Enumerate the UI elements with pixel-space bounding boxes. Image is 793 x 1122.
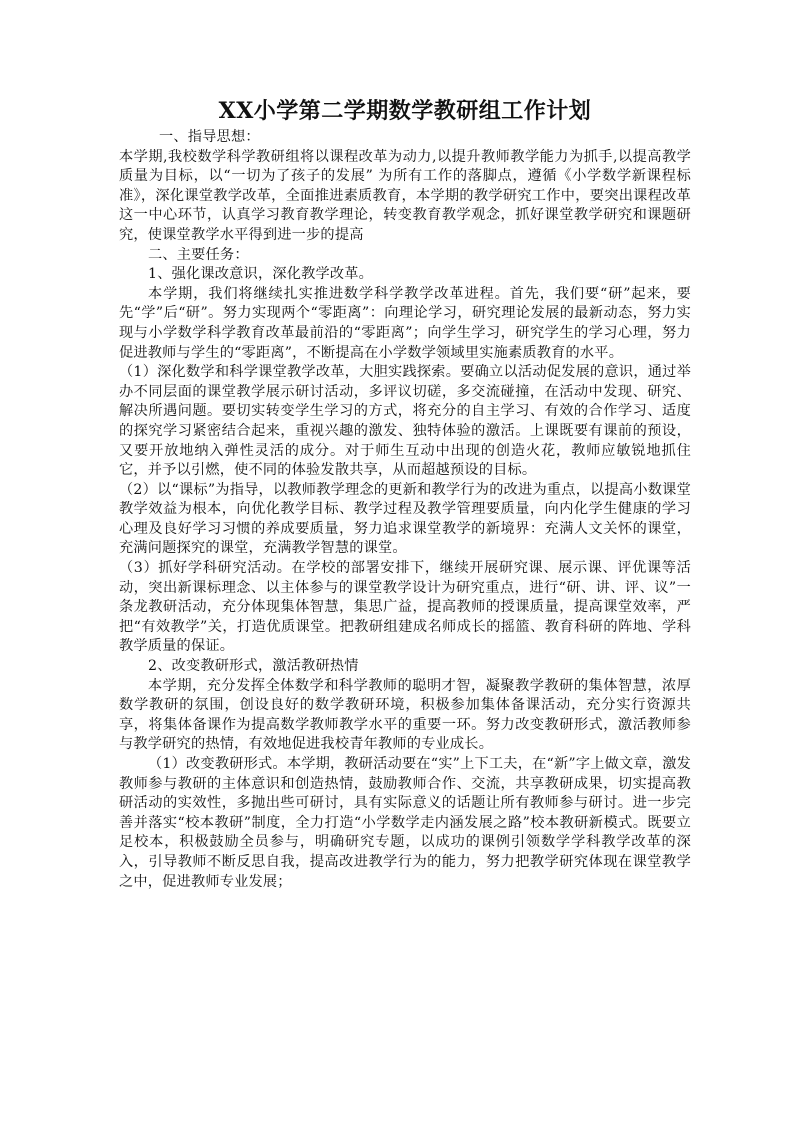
paragraph-task-1-item-1: （1）深化数学和科学课堂教学改革，大胆实践探索。要确立以活动促发展的意识，通过举… [119,363,691,481]
paragraph-task-1-intro: 本学期，我们将继续扎实推进数学科学教学改革进程。首先，我们要“研”起来，要先“学… [119,285,691,363]
paragraph-task-1-item-3: （3）抓好学科研究活动。在学校的部署安排下，继续开展研究课、展示课、评优课等活动… [119,559,691,657]
paragraph-task-2-intro: 本学期，充分发挥全体数学和科学教师的聪明才智，凝聚教学教研的集体智慧，浓厚数学教… [119,677,691,755]
subheading-task-2: 2、改变教研形式，激活教研热情 [119,657,691,677]
paragraph-task-1-item-2: （2）以“课标”为指导，以教师教学理念的更新和教学行为的改进为重点，以提高小数课… [119,481,691,559]
paragraph-guiding-thought: 本学期,我校数学科学教研组将以课程改革为动力,以提升教师教学能力为抓手,以提高教… [119,148,691,246]
document-page: XX小学第二学期数学教研组工作计划 一、指导思想： 本学期,我校数学科学教研组将… [119,96,691,892]
subheading-task-1: 1、强化课改意识，深化教学改革。 [119,265,691,285]
section-heading-guiding-thought: 一、指导思想： [119,128,691,148]
paragraph-task-2-item-1: （1）改变教研形式。本学期，教研活动要在“实”上下工夫，在“新”字上做文章，激发… [119,755,691,892]
document-title: XX小学第二学期数学教研组工作计划 [119,96,691,126]
section-heading-main-tasks: 二、主要任务： [119,246,691,266]
